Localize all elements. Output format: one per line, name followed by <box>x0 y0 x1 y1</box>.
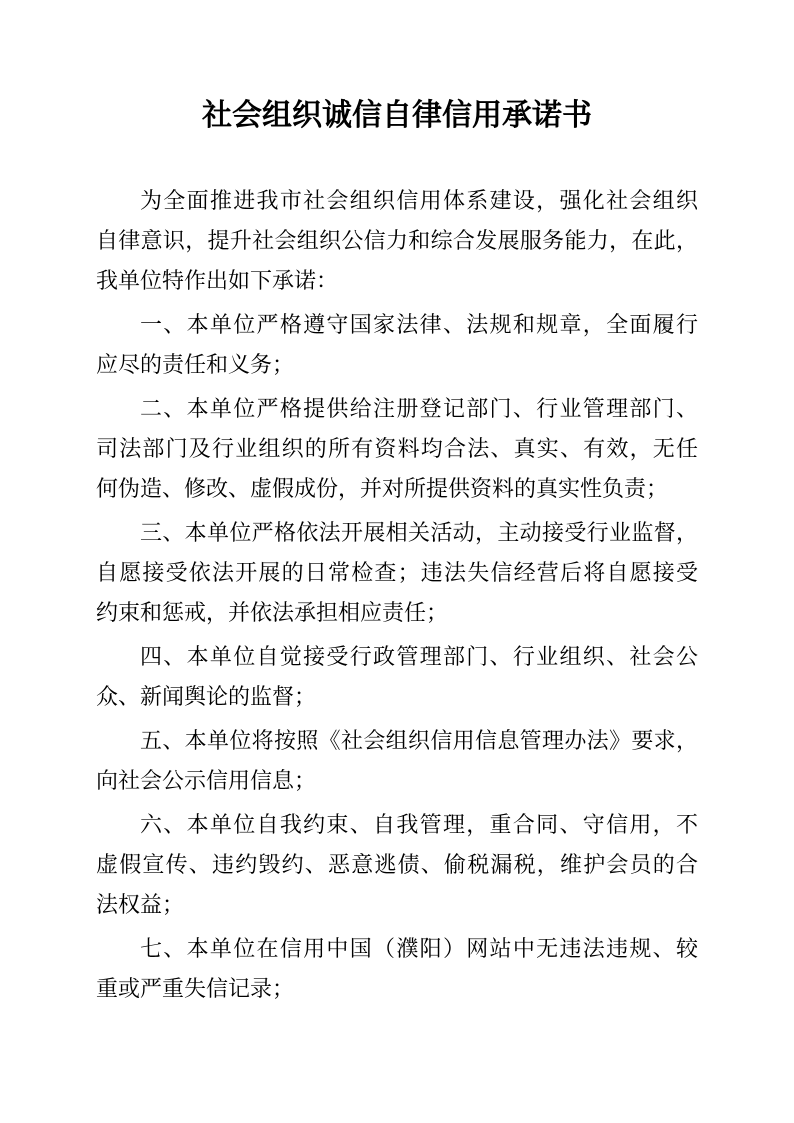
paragraph-item-2: 二、本单位严格提供给注册登记部门、行业管理部门、 司法部门及行业组织的所有资料均… <box>96 389 698 509</box>
document-title: 社会组织诚信自律信用承诺书 <box>96 96 698 136</box>
text-line: 司法部门及行业组织的所有资料均合法、真实、有效，无任 <box>96 429 698 469</box>
text-line: 二、本单位严格提供给注册登记部门、行业管理部门、 <box>96 389 698 429</box>
text-line: 五、本单位将按照《社会组织信用信息管理办法》要求， <box>96 721 698 761</box>
text-line: 我单位特作出如下承诺： <box>96 261 698 301</box>
paragraph-item-7: 七、本单位在信用中国（濮阳）网站中无违法违规、较 重或严重失信记录； <box>96 929 698 1009</box>
text-line: 应尽的责任和义务； <box>96 345 698 385</box>
paragraph-item-1: 一、本单位严格遵守国家法律、法规和规章，全面履行 应尽的责任和义务； <box>96 305 698 385</box>
text-line: 约束和惩戒，并依法承担相应责任； <box>96 593 698 633</box>
text-line: 众、新闻舆论的监督； <box>96 677 698 717</box>
text-line: 重或严重失信记录； <box>96 969 698 1009</box>
text-line: 四、本单位自觉接受行政管理部门、行业组织、社会公 <box>96 637 698 677</box>
text-line: 向社会公示信用信息； <box>96 761 698 801</box>
text-line: 自律意识，提升社会组织公信力和综合发展服务能力，在此， <box>96 221 698 261</box>
text-line: 何伪造、修改、虚假成份，并对所提供资料的真实性负责； <box>96 469 698 509</box>
text-line: 一、本单位严格遵守国家法律、法规和规章，全面履行 <box>96 305 698 345</box>
document-content: 社会组织诚信自律信用承诺书 为全面推进我市社会组织信用体系建设，强化社会组织 自… <box>0 0 794 1009</box>
text-line: 七、本单位在信用中国（濮阳）网站中无违法违规、较 <box>96 929 698 969</box>
paragraph-item-3: 三、本单位严格依法开展相关活动，主动接受行业监督， 自愿接受依法开展的日常检查；… <box>96 513 698 633</box>
text-line: 三、本单位严格依法开展相关活动，主动接受行业监督， <box>96 513 698 553</box>
text-line: 自愿接受依法开展的日常检查；违法失信经营后将自愿接受 <box>96 553 698 593</box>
paragraph-item-5: 五、本单位将按照《社会组织信用信息管理办法》要求， 向社会公示信用信息； <box>96 721 698 801</box>
text-line: 法权益； <box>96 885 698 925</box>
text-line: 为全面推进我市社会组织信用体系建设，强化社会组织 <box>96 181 698 221</box>
text-line: 虚假宣传、违约毁约、恶意逃债、偷税漏税，维护会员的合 <box>96 845 698 885</box>
document-body: 为全面推进我市社会组织信用体系建设，强化社会组织 自律意识，提升社会组织公信力和… <box>96 181 698 1009</box>
document-page: 社会组织诚信自律信用承诺书 为全面推进我市社会组织信用体系建设，强化社会组织 自… <box>0 0 794 1123</box>
paragraph-item-4: 四、本单位自觉接受行政管理部门、行业组织、社会公 众、新闻舆论的监督； <box>96 637 698 717</box>
paragraph-intro: 为全面推进我市社会组织信用体系建设，强化社会组织 自律意识，提升社会组织公信力和… <box>96 181 698 301</box>
text-line: 六、本单位自我约束、自我管理，重合同、守信用，不 <box>96 805 698 845</box>
paragraph-item-6: 六、本单位自我约束、自我管理，重合同、守信用，不 虚假宣传、违约毁约、恶意逃债、… <box>96 805 698 925</box>
